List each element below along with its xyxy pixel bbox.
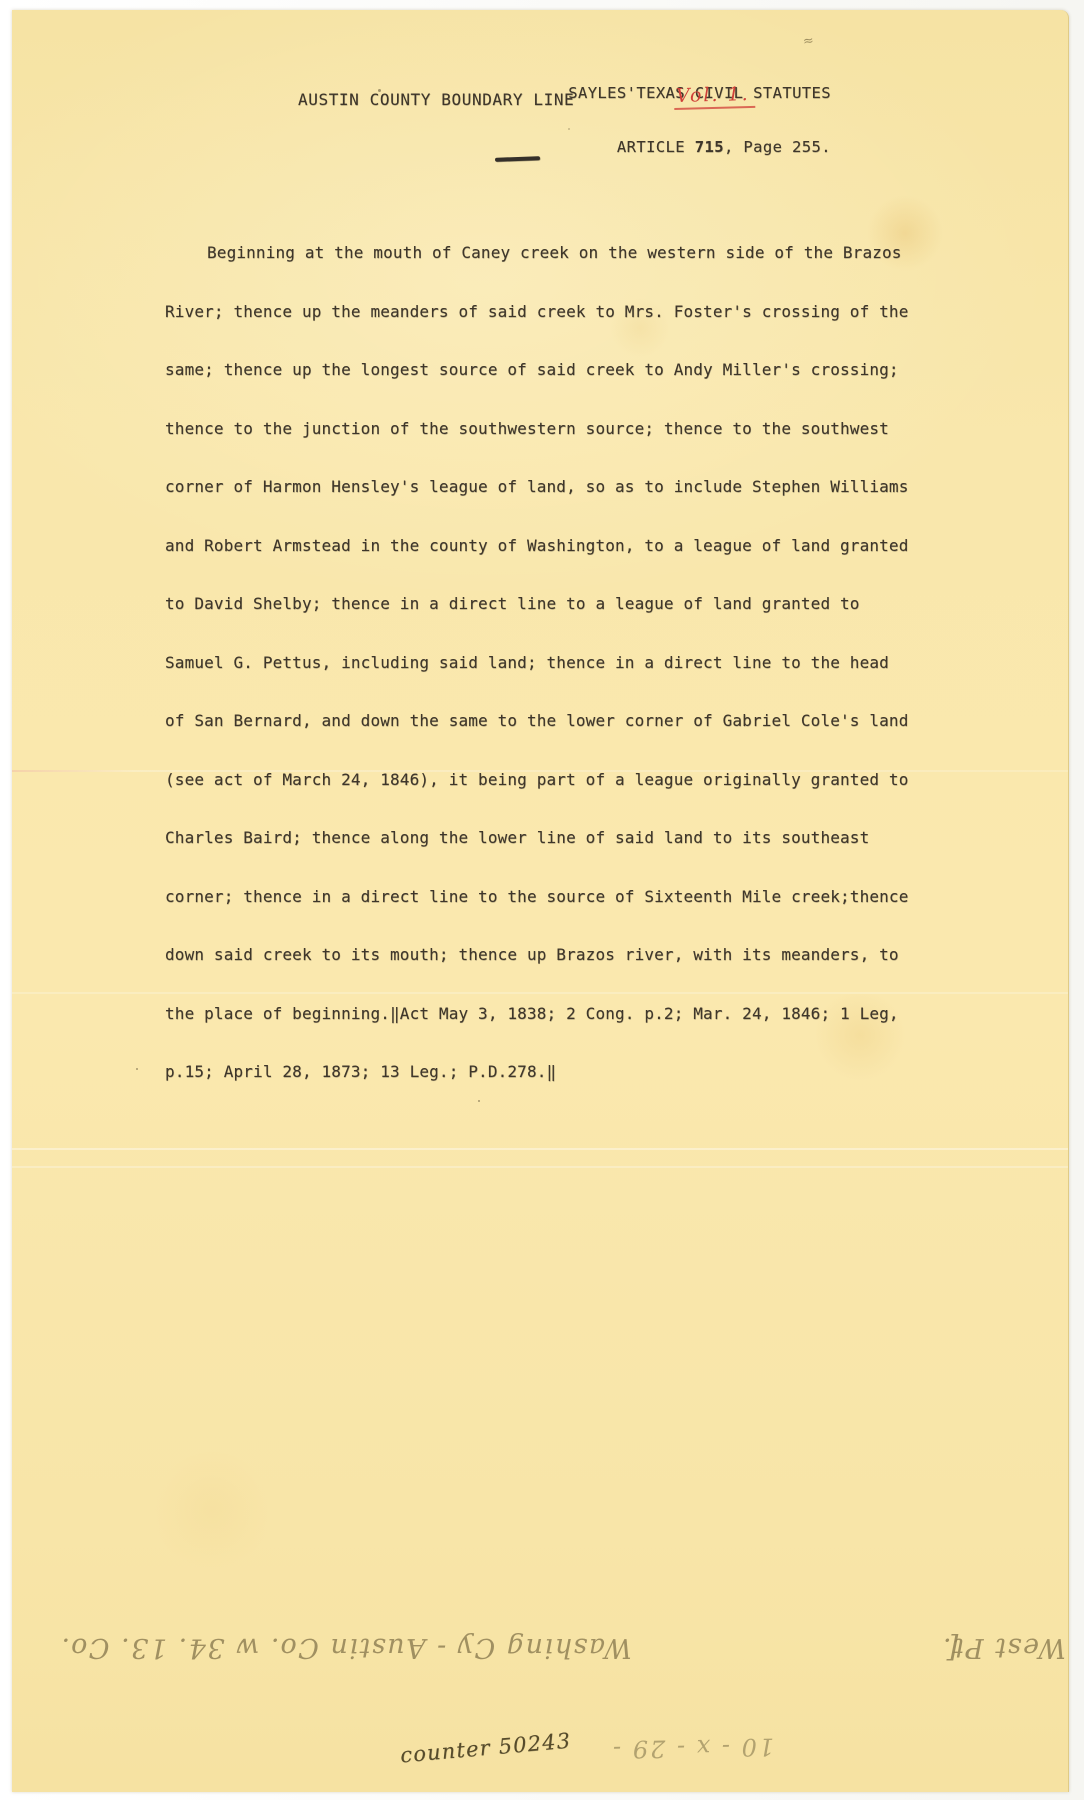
handwritten-note-start: West Pt. — [942, 1633, 1066, 1664]
body-line: River; thence up the meanders of said cr… — [165, 302, 955, 322]
body-line: corner; thence in a direct line to the s… — [165, 887, 955, 907]
stamp-article-prefix: ARTICLE — [617, 138, 695, 156]
page-title: AUSTIN COUNTY BOUNDARY LINE — [298, 90, 574, 109]
stamp-line-2: ARTICLE 715, Page 255. — [568, 138, 831, 156]
statute-stamp: SAYLES'TEXAS CIVIL STATUTES ARTICLE 715,… — [568, 48, 831, 192]
body-line: the place of beginning.‖Act May 3, 1838;… — [165, 1004, 955, 1024]
title-underline-dash — [495, 156, 540, 162]
body-paragraph: Beginning at the mouth of Caney creek on… — [165, 204, 955, 1121]
paper-speck — [136, 1068, 138, 1070]
stamp-page-suffix: , Page 255. — [724, 138, 831, 156]
body-line: to David Shelby; thence in a direct line… — [165, 594, 955, 614]
body-line: Beginning at the mouth of Caney creek on… — [165, 243, 955, 263]
body-line: corner of Harmon Hensley's league of lan… — [165, 477, 955, 497]
body-line: Samuel G. Pettus, including said land; t… — [165, 653, 955, 673]
body-line: down said creek to its mouth; thence up … — [165, 945, 955, 965]
handwritten-bracket-mark: [ — [945, 1631, 958, 1666]
body-line: p.15; April 28, 1873; 13 Leg.; P.D.278.‖ — [165, 1062, 955, 1082]
body-line: thence to the junction of the southweste… — [165, 419, 955, 439]
body-line: of San Bernard, and down the same to the… — [165, 711, 955, 731]
body-line: and Robert Armstead in the county of Was… — [165, 536, 955, 556]
body-line: (see act of March 24, 1846), it being pa… — [165, 770, 955, 790]
handwritten-date-upside-down: 10 - x - 29 - — [600, 1720, 786, 1763]
paper-crease — [12, 1166, 1068, 1168]
volume-note-handwritten: Vol. 1. — [674, 83, 755, 110]
body-line: same; thence up the longest source of sa… — [165, 360, 955, 380]
paper: ≈ SAYLES'TEXAS CIVIL STATUTES ARTICLE 71… — [12, 10, 1069, 1792]
stamp-article-number: 715 — [695, 138, 724, 156]
handwritten-note-upside-down: West Pt. [ Washing Cy - Austin Co. w 34.… — [60, 1608, 1066, 1688]
counter-number-handwritten: counter 50243 — [399, 1729, 572, 1768]
paper-crease — [12, 1148, 1068, 1150]
body-line: Charles Baird; thence along the lower li… — [165, 828, 955, 848]
handwritten-note-rest: Washing Cy - Austin Co. w 34. 13. Co. — [60, 1633, 632, 1664]
